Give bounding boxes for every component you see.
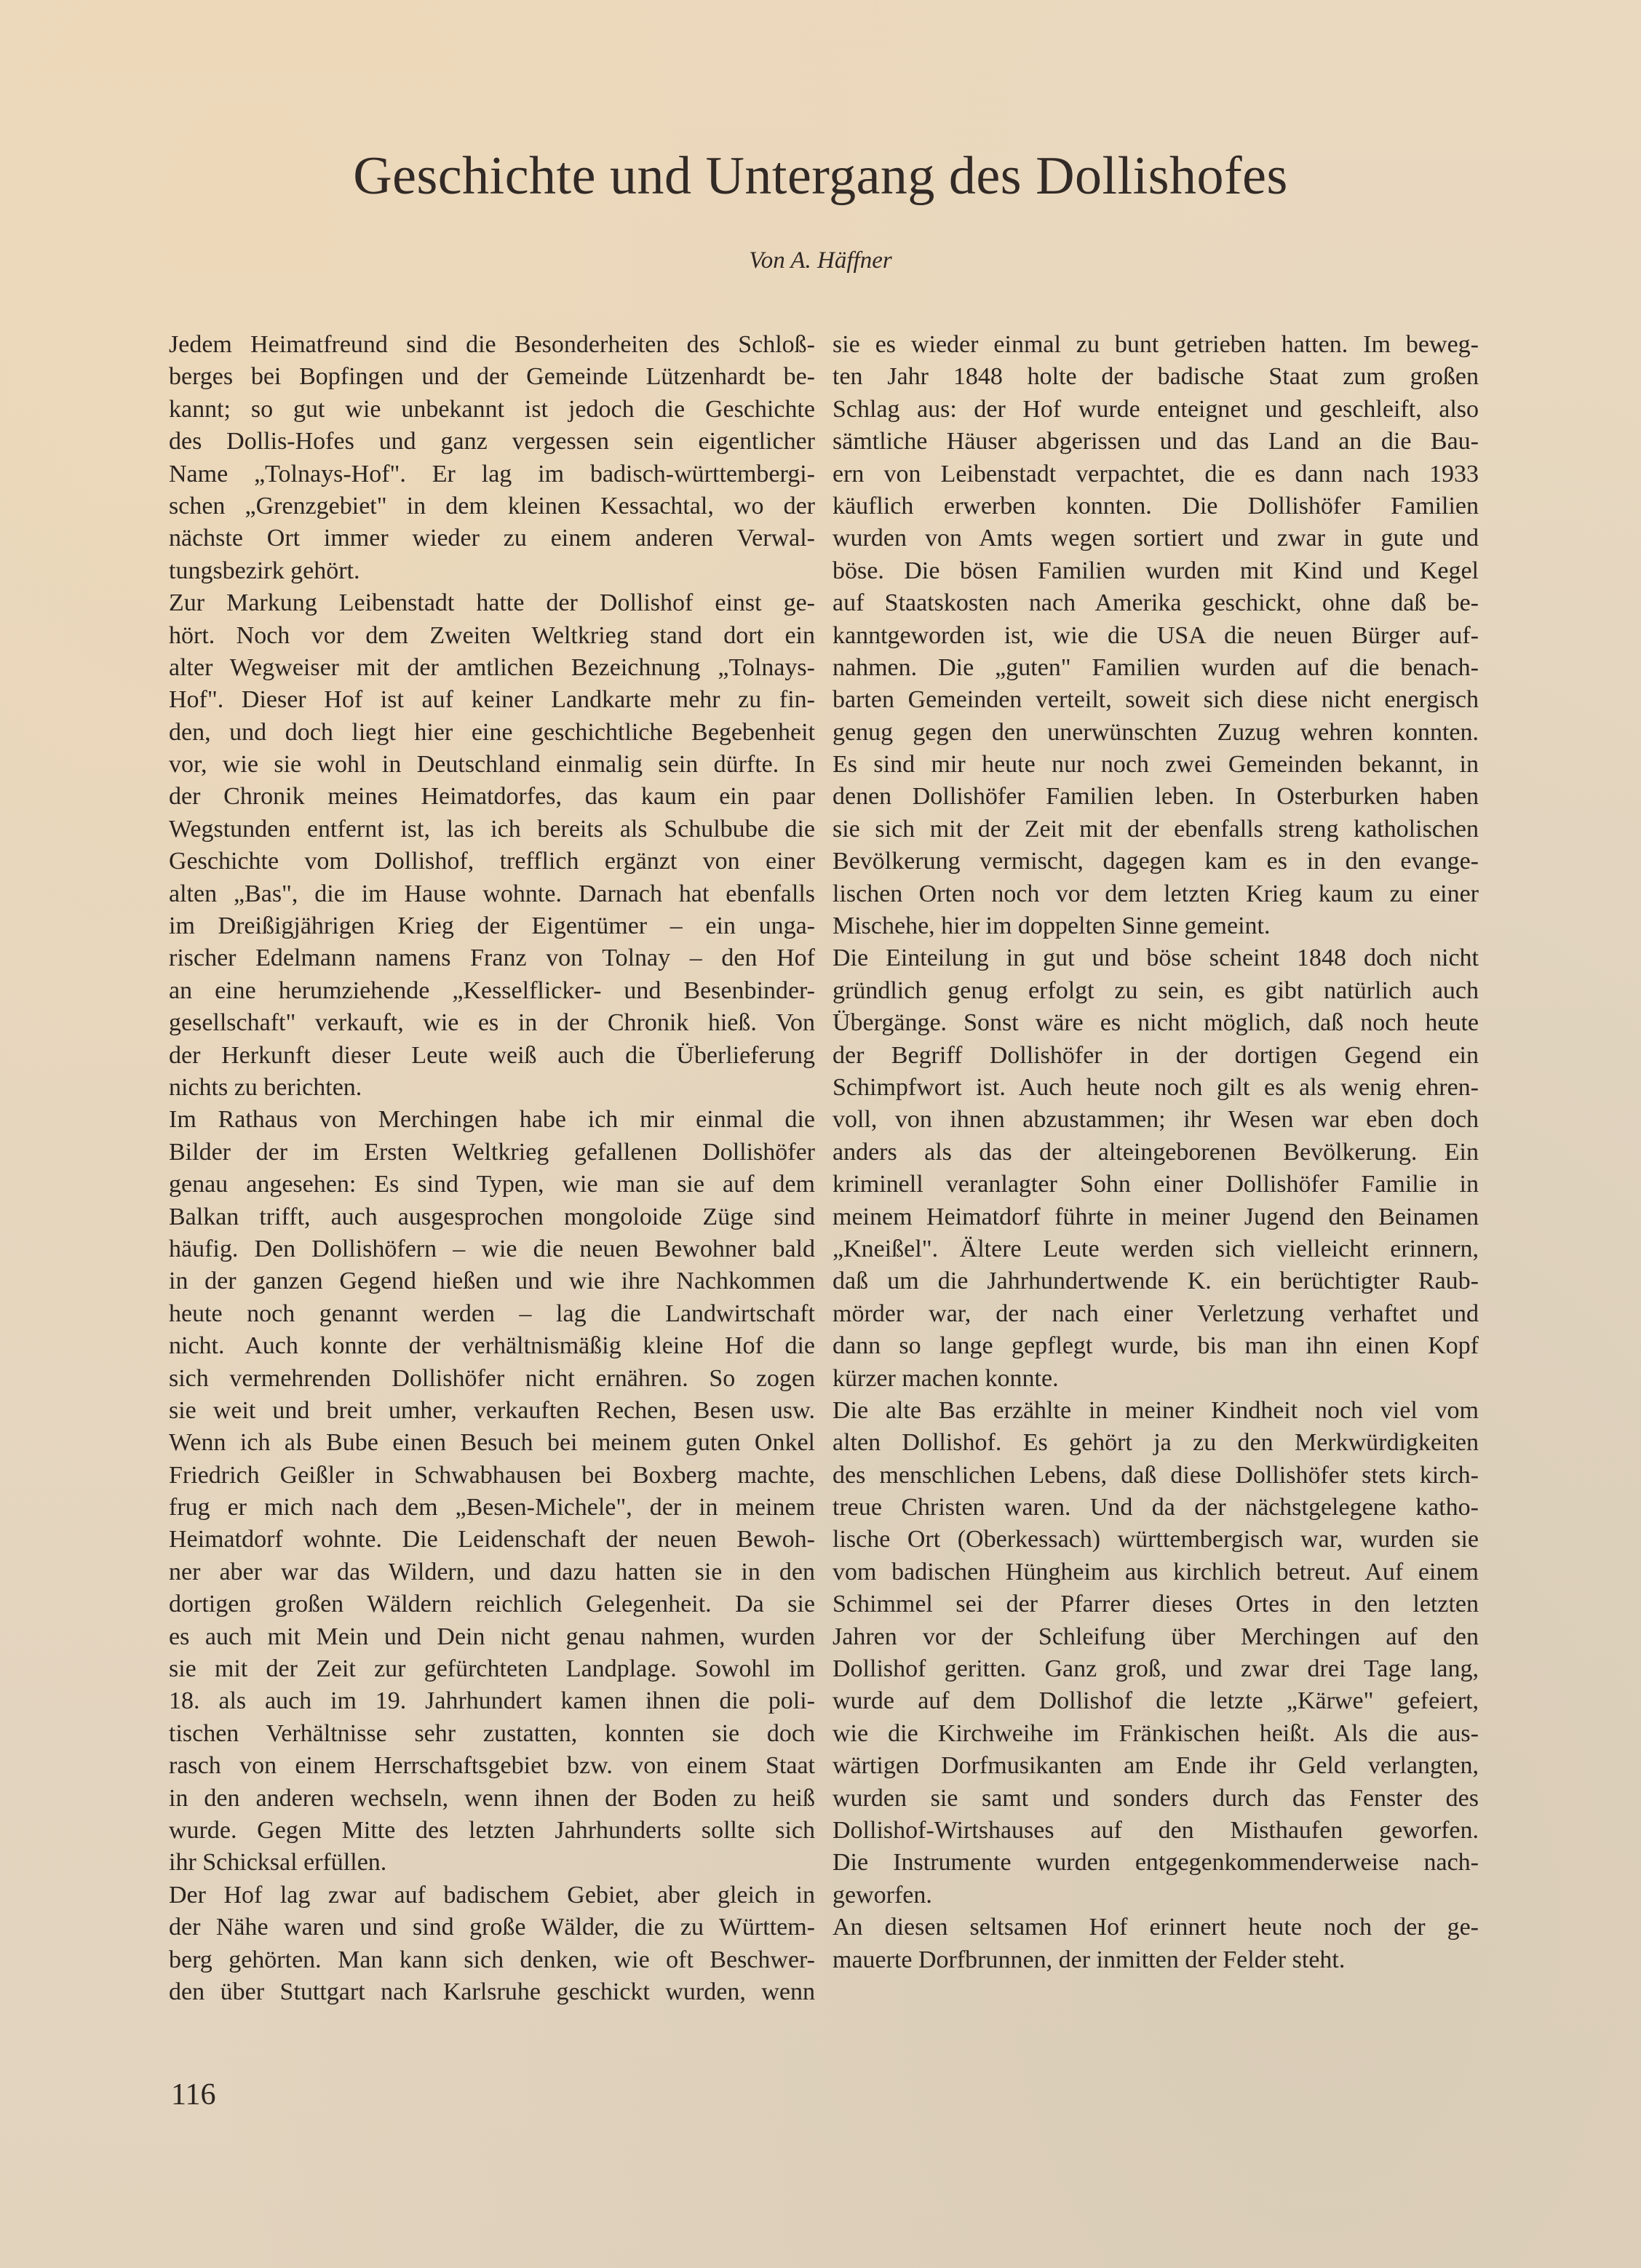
text-line: es auch mit Mein und Dein nicht genau na… [169,1621,815,1653]
text-line: im Dreißigjährigen Krieg der Eigentümer … [169,910,815,942]
text-line: lische Ort (Oberkessach) württembergisch… [833,1524,1479,1556]
text-line: Bilder der im Ersten Weltkrieg gefallene… [169,1137,815,1169]
text-line: an eine herumziehende „Kesselflicker- un… [169,975,815,1007]
text-line: böse. Die bösen Familien wurden mit Kind… [833,555,1479,587]
text-line: Dollishof-Wirtshauses auf den Misthaufen… [833,1815,1479,1847]
text-line: 18. als auch im 19. Jahrhundert kamen ih… [169,1685,815,1717]
text-line: Geschichte vom Dollishof, trefflich ergä… [169,845,815,878]
text-line: frug er mich nach dem „Besen-Michele", d… [169,1492,815,1524]
text-line: kriminell veranlagter Sohn einer Dollish… [833,1169,1479,1201]
text-line: vor, wie sie wohl in Deutschland einmali… [169,749,815,781]
text-line: kürzer machen konnte. [833,1363,1479,1395]
text-line: dortigen großen Wäldern reichlich Gelege… [169,1588,815,1620]
text-line: ner aber war das Wildern, und dazu hatte… [169,1556,815,1588]
text-line: berges bei Bopfingen und der Gemeinde Lü… [169,361,815,393]
text-line: Zur Markung Leibenstadt hatte der Dollis… [169,587,815,619]
text-line: den, und doch liegt hier eine geschichtl… [169,717,815,749]
text-line: Schimmel sei der Pfarrer dieses Ortes in… [833,1588,1479,1620]
text-line: gründlich genug erfolgt zu sein, es gibt… [833,975,1479,1007]
text-line: wurde. Gegen Mitte des letzten Jahrhunde… [169,1815,815,1847]
text-line: An diesen seltsamen Hof erinnert heute n… [833,1911,1479,1943]
text-line: wärtigen Dorfmusikanten am Ende ihr Geld… [833,1750,1479,1782]
text-line: Mischehe, hier im doppelten Sinne gemein… [833,910,1479,942]
text-line: tungsbezirk gehört. [169,555,815,587]
left-column: Jedem Heimatfreund sind die Besonderheit… [169,329,815,2008]
text-line: Jahren vor der Schleifung über Merchinge… [833,1621,1479,1653]
text-line: den über Stuttgart nach Karlsruhe geschi… [169,1976,815,2008]
text-line: ten Jahr 1848 holte der badische Staat z… [833,361,1479,393]
text-line: wurden sie samt und sonders durch das Fe… [833,1783,1479,1815]
text-line: nächste Ort immer wieder zu einem andere… [169,522,815,554]
text-line: kanntgeworden ist, wie die USA die neuen… [833,620,1479,652]
text-line: anders als das der alteingeborenen Bevöl… [833,1137,1479,1169]
text-line: ihr Schicksal erfüllen. [169,1847,815,1879]
text-line: voll, von ihnen abzustammen; ihr Wesen w… [833,1104,1479,1136]
text-line: alten Dollishof. Es gehört ja zu den Mer… [833,1427,1479,1459]
text-line: denen Dollishöfer Familien leben. In Ost… [833,781,1479,813]
text-line: wurden von Amts wegen sortiert und zwar … [833,522,1479,554]
text-line: sie mit der Zeit zur gefürchteten Landpl… [169,1653,815,1685]
text-line: kannt; so gut wie unbekannt ist jedoch d… [169,394,815,426]
text-line: mörder war, der nach einer Verletzung ve… [833,1298,1479,1330]
page-number: 116 [171,2077,215,2112]
right-column: sie es wieder einmal zu bunt getrieben h… [833,329,1479,1976]
text-line: auf Staatskosten nach Amerika geschickt,… [833,587,1479,619]
text-line: Friedrich Geißler in Schwabhausen bei Bo… [169,1460,815,1492]
text-line: Jedem Heimatfreund sind die Besonderheit… [169,329,815,361]
text-line: Es sind mir heute nur noch zwei Gemeinde… [833,749,1479,781]
text-line: Die alte Bas erzählte in meiner Kindheit… [833,1395,1479,1427]
text-line: der Nähe waren und sind große Wälder, di… [169,1911,815,1943]
text-line: sie sich mit der Zeit mit der ebenfalls … [833,813,1479,845]
text-line: Wenn ich als Bube einen Besuch bei meine… [169,1427,815,1459]
text-line: Die Instrumente wurden entgegenkommender… [833,1847,1479,1879]
text-line: berg gehörten. Man kann sich denken, wie… [169,1944,815,1976]
text-line: häufig. Den Dollishöfern – wie die neuen… [169,1233,815,1265]
text-line: sich vermehrenden Dollishöfer nicht ernä… [169,1363,815,1395]
text-line: treue Christen waren. Und da der nächstg… [833,1492,1479,1524]
text-line: der Herkunft dieser Leute weiß auch die … [169,1040,815,1072]
text-line: hört. Noch vor dem Zweiten Weltkrieg sta… [169,620,815,652]
text-line: Bevölkerung vermischt, dagegen kam es in… [833,845,1479,878]
text-line: tischen Verhältnisse sehr zustatten, kon… [169,1718,815,1750]
text-line: daß um die Jahrhundertwende K. ein berüc… [833,1265,1479,1297]
text-line: sämtliche Häuser abgerissen und das Land… [833,426,1479,458]
text-line: mauerte Dorfbrunnen, der inmitten der Fe… [833,1944,1479,1976]
text-line: nicht. Auch konnte der verhältnismäßig k… [169,1330,815,1362]
text-line: in den anderen wechseln, wenn ihnen der … [169,1783,815,1815]
text-line: nahmen. Die „guten" Familien wurden auf … [833,652,1479,684]
text-line: Balkan trifft, auch ausgesprochen mongol… [169,1201,815,1233]
text-line: Name „Tolnays-Hof". Er lag im badisch-wü… [169,458,815,490]
text-line: Wegstunden entfernt ist, las ich bereits… [169,813,815,845]
article-title: Geschichte und Untergang des Dollishofes [0,149,1641,203]
text-line: barten Gemeinden verteilt, soweit sich d… [833,684,1479,716]
text-line: des menschlichen Lebens, daß diese Dolli… [833,1460,1479,1492]
text-line: sie weit und breit umher, verkauften Rec… [169,1395,815,1427]
text-line: schen „Grenzgebiet" in dem kleinen Kessa… [169,490,815,522]
text-line: gesellschaft" verkauft, wie es in der Ch… [169,1007,815,1039]
text-line: Schlag aus: der Hof wurde enteignet und … [833,394,1479,426]
text-line: Dollishof geritten. Ganz groß, und zwar … [833,1653,1479,1685]
text-line: käuflich erwerben konnten. Die Dollishöf… [833,490,1479,522]
text-line: wurde auf dem Dollishof die letzte „Kärw… [833,1685,1479,1717]
text-line: in der ganzen Gegend hießen und wie ihre… [169,1265,815,1297]
text-line: alten „Bas", die im Hause wohnte. Darnac… [169,878,815,910]
text-line: wie die Kirchweihe im Fränkischen heißt.… [833,1718,1479,1750]
text-line: Schimpfwort ist. Auch heute noch gilt es… [833,1072,1479,1104]
text-line: geworfen. [833,1879,1479,1911]
text-line: vom badischen Hüngheim aus kirchlich bet… [833,1556,1479,1588]
text-line: der Chronik meines Heimatdorfes, das kau… [169,781,815,813]
text-line: Der Hof lag zwar auf badischem Gebiet, a… [169,1879,815,1911]
text-line: meinem Heimatdorf führte in meiner Jugen… [833,1201,1479,1233]
text-line: genug gegen den unerwünschten Zuzug wehr… [833,717,1479,749]
text-line: Übergänge. Sonst wäre es nicht möglich, … [833,1007,1479,1039]
article-byline: Von A. Häffner [0,247,1641,274]
text-line: „Kneißel". Ältere Leute werden sich viel… [833,1233,1479,1265]
text-line: der Begriff Dollishöfer in der dortigen … [833,1040,1479,1072]
text-line: Hof". Dieser Hof ist auf keiner Landkart… [169,684,815,716]
text-line: rischer Edelmann namens Franz von Tolnay… [169,942,815,974]
text-line: alter Wegweiser mit der amtlichen Bezeic… [169,652,815,684]
text-line: heute noch genannt werden – lag die Land… [169,1298,815,1330]
text-line: sie es wieder einmal zu bunt getrieben h… [833,329,1479,361]
text-line: Heimatdorf wohnte. Die Leidenschaft der … [169,1524,815,1556]
text-line: lischen Orten noch vor dem letzten Krieg… [833,878,1479,910]
text-line: Die Einteilung in gut und böse scheint 1… [833,942,1479,974]
text-line: dann so lange gepflegt wurde, bis man ih… [833,1330,1479,1362]
text-line: des Dollis-Hofes und ganz vergessen sein… [169,426,815,458]
text-line: rasch von einem Herrschaftsgebiet bzw. v… [169,1750,815,1782]
text-line: genau angesehen: Es sind Typen, wie man … [169,1169,815,1201]
text-line: Im Rathaus von Merchingen habe ich mir e… [169,1104,815,1136]
text-line: ern von Leibenstadt verpachtet, die es d… [833,458,1479,490]
text-line: nichts zu berichten. [169,1072,815,1104]
